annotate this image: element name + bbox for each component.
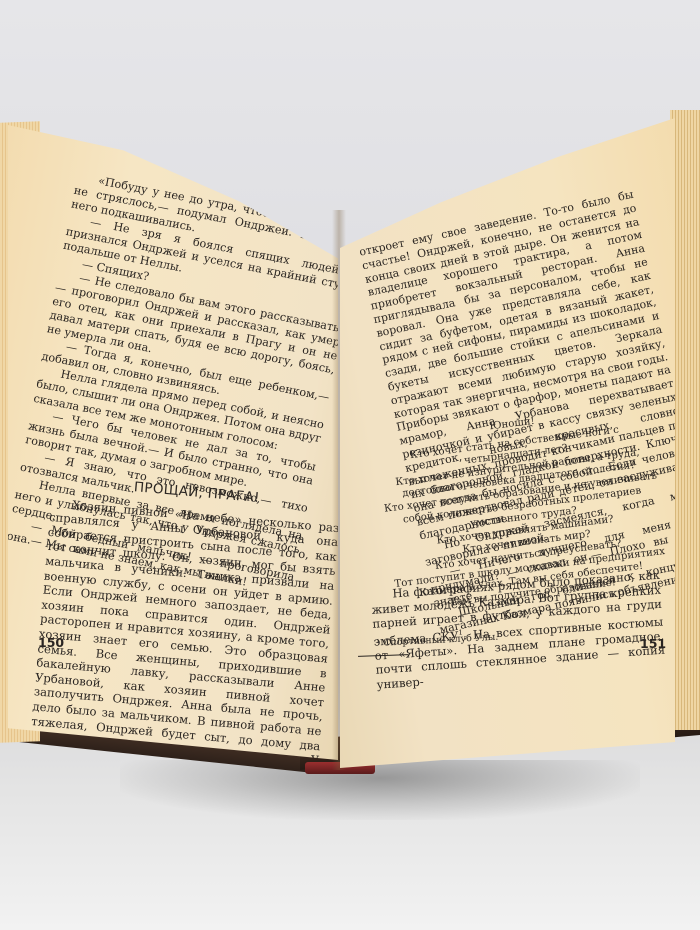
paragraph: На фотографиях рядом было показано, как … bbox=[370, 568, 667, 692]
right-page: откроет ему свое заведение. То-то было б… bbox=[340, 118, 675, 768]
page-number-left: 150 bbox=[38, 635, 64, 650]
left-page-chapter: ПРОЩАЙ, ПРАГА! Хозяин пивной «На небе» н… bbox=[27, 473, 338, 760]
book-shadow bbox=[120, 760, 640, 820]
paragraph: Хозяин пивной «На небе» несколько раз сп… bbox=[27, 496, 338, 760]
left-page: «Побуду у нее до утра, чтобы с ней ничег… bbox=[8, 125, 338, 760]
page-number-right: 151 bbox=[640, 636, 666, 651]
right-page-lower-text: На фотографиях рядом было показано, как … bbox=[370, 568, 667, 692]
